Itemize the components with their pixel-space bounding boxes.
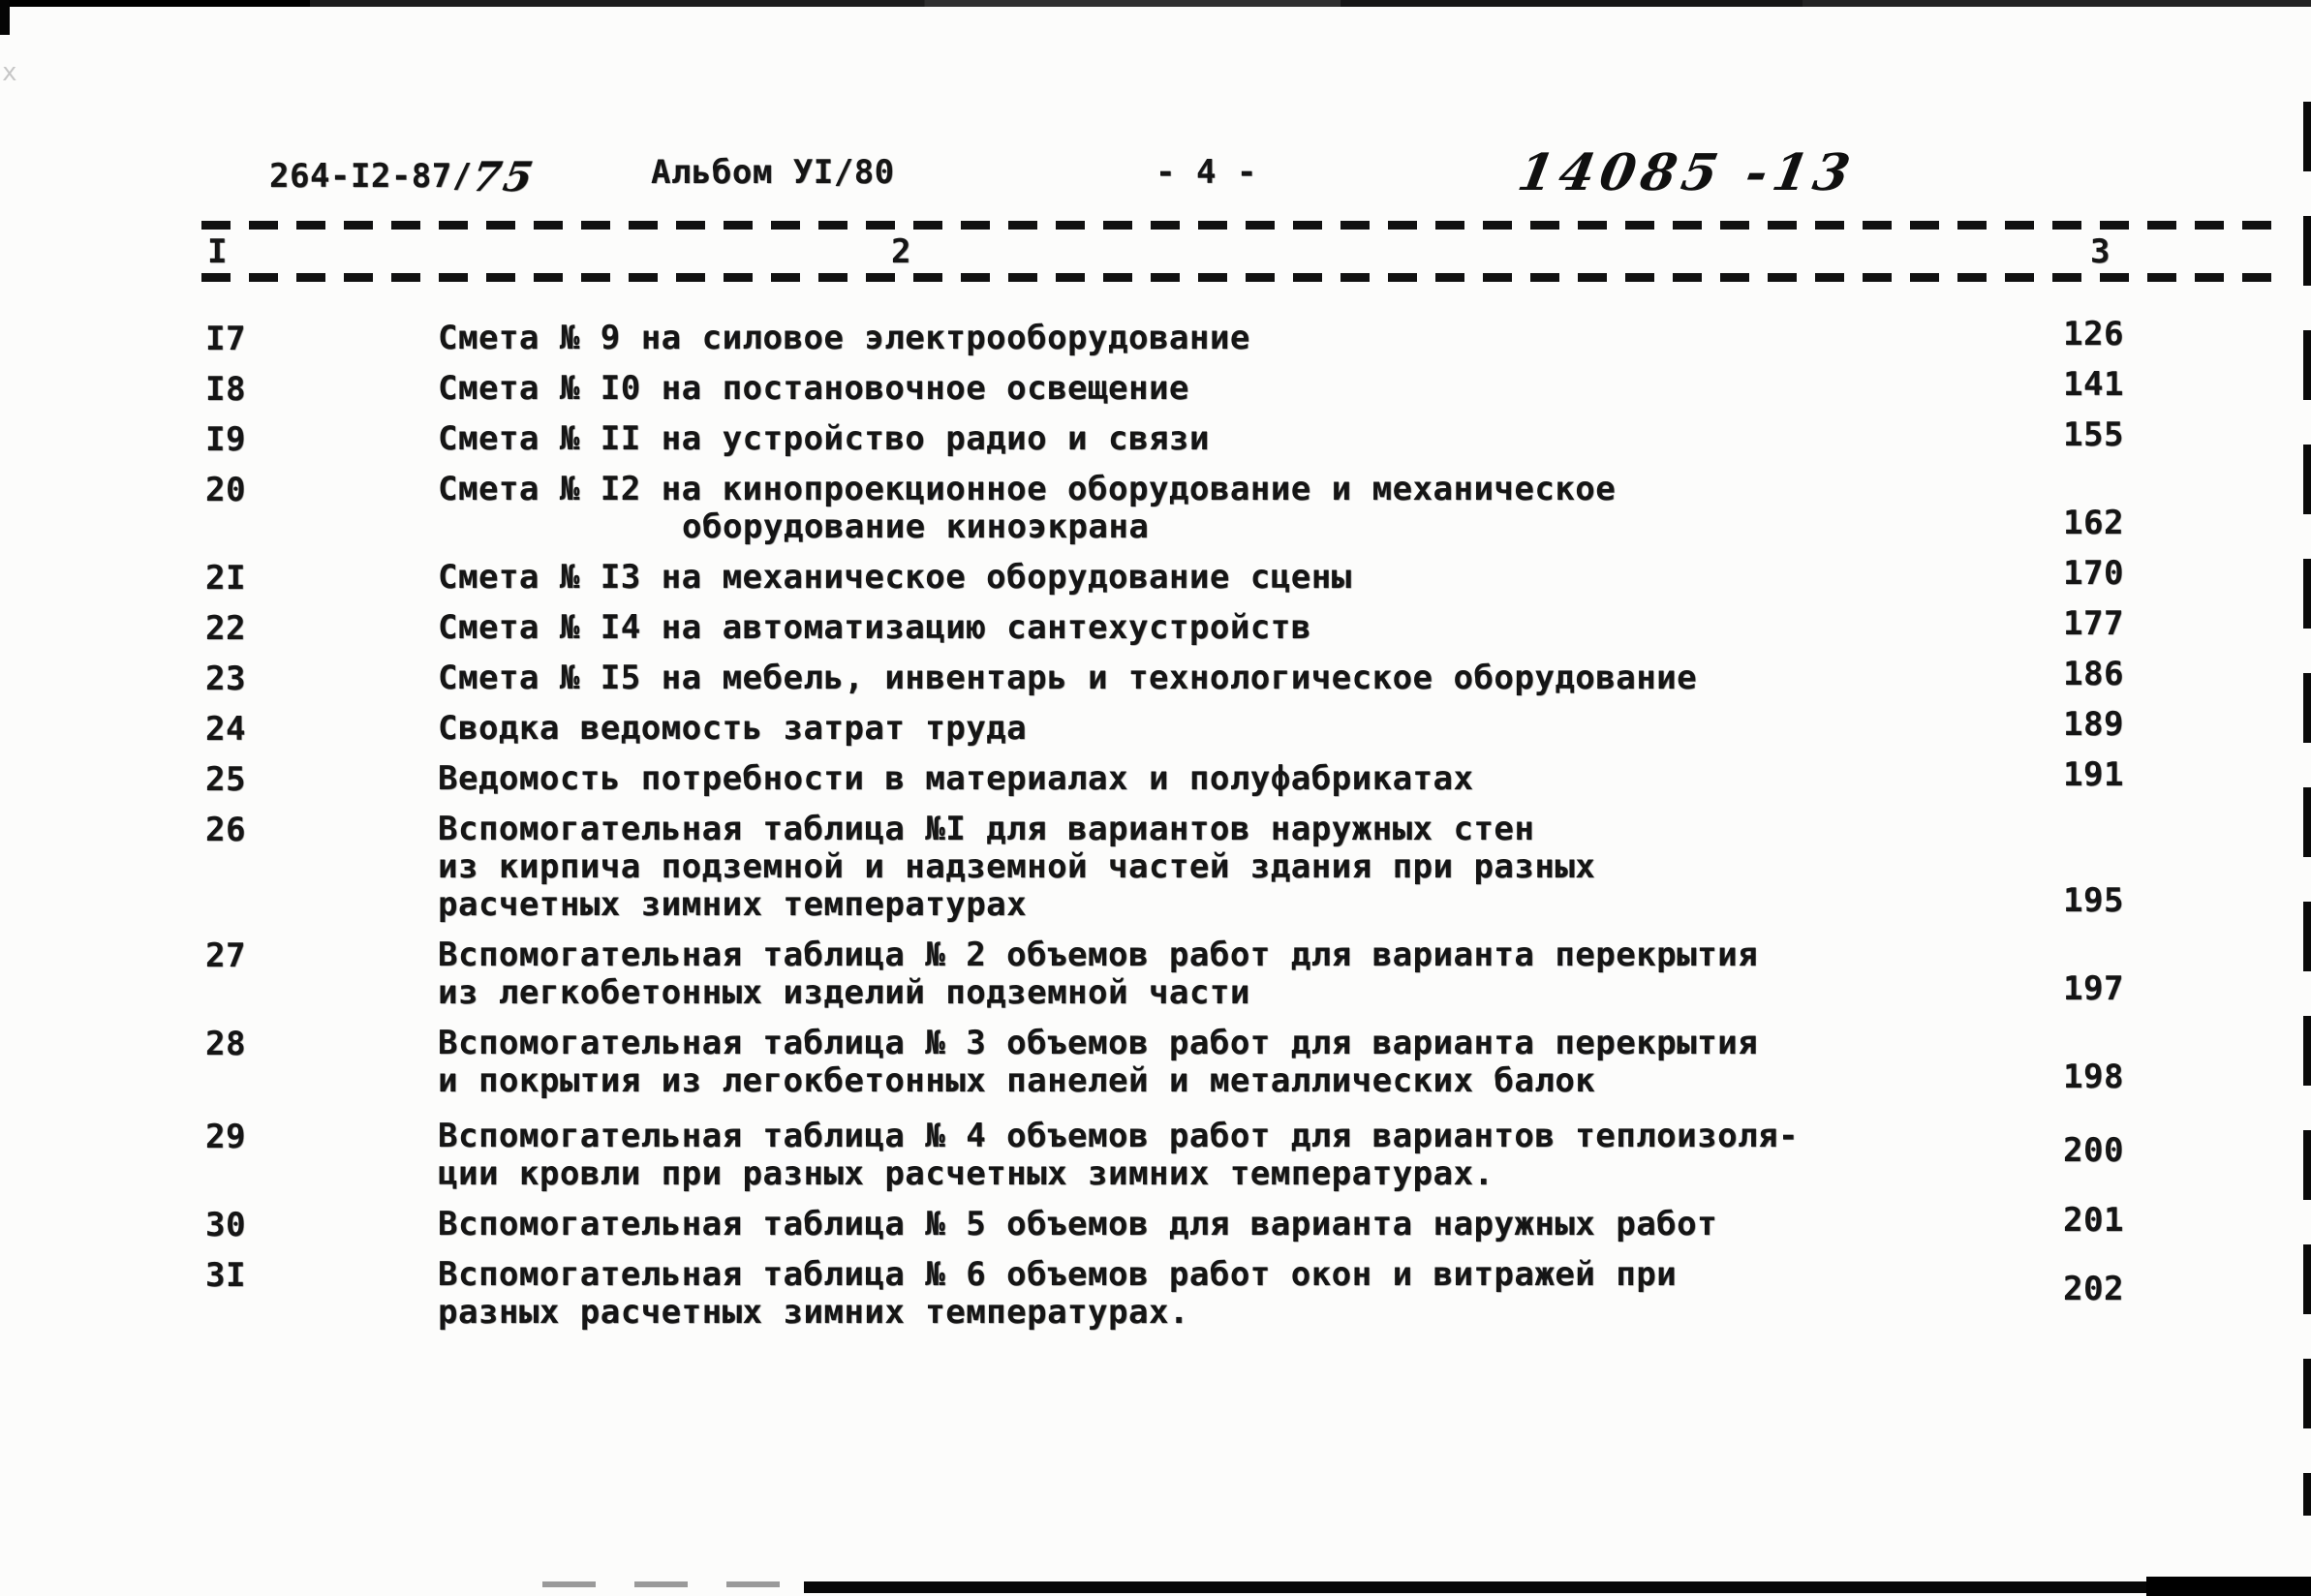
toc-row-page: 162 (2063, 504, 2124, 542)
scan-smudge-mark: x (2, 58, 17, 87)
toc-entry-line: Вспомогательная таблица №I для вариантов… (438, 811, 2311, 848)
toc-row-number: 24 (205, 710, 246, 749)
toc-entry-line: Вспомогательная таблица № 3 объемов рабо… (438, 1025, 2311, 1062)
toc-row-number: 30 (205, 1206, 246, 1244)
toc-entry-line: Ведомость потребности в материалах и пол… (438, 760, 2311, 798)
scanned-document-page: x 264-I2-87/75 Альбом УІ/80 - 4 - 14085 … (0, 0, 2311, 1596)
toc-row: I8 Смета № I0 на постановочное освещение… (0, 370, 2311, 408)
toc-row-title: Смета № I5 на мебель, инвентарь и технол… (438, 660, 2311, 697)
toc-entry-line: Сводка ведомость затрат труда (438, 710, 2311, 748)
toc-row-page: 141 (2063, 365, 2124, 404)
toc-row: 23 Смета № I5 на мебель, инвентарь и тех… (0, 660, 2311, 697)
toc-entry-line: Вспомогательная таблица № 2 объемов рабо… (438, 936, 2311, 974)
toc-entry-line: расчетных зимних температурах (438, 886, 2311, 924)
toc-row-page: 195 (2063, 881, 2124, 920)
toc-row-number: 28 (205, 1025, 246, 1063)
toc-row: 28 Вспомогательная таблица № 3 объемов р… (0, 1025, 2311, 1100)
toc-row-page: 177 (2063, 604, 2124, 643)
toc-row-page: 155 (2063, 415, 2124, 454)
toc-entry-line: из кирпича подземной и надземной частей … (438, 848, 2311, 886)
toc-entry-line: оборудование киноэкрана (438, 508, 2311, 546)
column-header-1: І (207, 232, 228, 271)
toc-entry-line: из легкобетонных изделий подземной части (438, 974, 2311, 1012)
toc-row-number: 23 (205, 660, 246, 698)
toc-row-number: 22 (205, 609, 246, 648)
toc-row: I7 Смета № 9 на силовое электрооборудова… (0, 320, 2311, 357)
toc-row-page: 198 (2063, 1058, 2124, 1096)
toc-row-page: 202 (2063, 1270, 2124, 1308)
toc-row: 27 Вспомогательная таблица № 2 объемов р… (0, 936, 2311, 1012)
toc-row-title: Смета № I2 на кинопроекционное оборудова… (438, 471, 2311, 546)
toc-row: 22 Смета № I4 на автоматизацию сантехуст… (0, 609, 2311, 647)
toc-row-title: Вспомогательная таблица № 2 объемов рабо… (438, 936, 2311, 1012)
toc-entry-line: Смета № I5 на мебель, инвентарь и технол… (438, 660, 2311, 697)
toc-row: 30 Вспомогательная таблица № 5 объемов д… (0, 1206, 2311, 1243)
toc-entry-line: Смета № I3 на механическое оборудование … (438, 559, 2311, 597)
scan-edge-bottom-right (2146, 1577, 2311, 1596)
toc-row-title: Смета № 9 на силовое электрооборудование (438, 320, 2311, 357)
toc-row-title: Смета № II на устройство радио и связи (438, 420, 2311, 458)
toc-row-title: Вспомогательная таблица №I для вариантов… (438, 811, 2311, 924)
toc-entry-line: Смета № II на устройство радио и связи (438, 420, 2311, 458)
toc-row: 25 Ведомость потребности в материалах и … (0, 760, 2311, 798)
toc-entry-line: ции кровли при разных расчетных зимних т… (438, 1155, 2311, 1193)
toc-row-number: I8 (205, 370, 246, 409)
toc-row-number: I7 (205, 320, 246, 358)
toc-row-page: 191 (2063, 755, 2124, 794)
toc-entry-line: Смета № I0 на постановочное освещение (438, 370, 2311, 408)
toc-entry-line: Смета № 9 на силовое электрооборудование (438, 320, 2311, 357)
toc-row-page: 197 (2063, 969, 2124, 1008)
toc-row-number: I9 (205, 420, 246, 459)
toc-row-page: 126 (2063, 315, 2124, 353)
toc-row: 26 Вспомогательная таблица №I для вариан… (0, 811, 2311, 924)
toc-row: 20 Смета № I2 на кинопроекционное оборуд… (0, 471, 2311, 546)
toc-row-number: 29 (205, 1118, 246, 1156)
toc-list: I7 Смета № 9 на силовое электрооборудова… (0, 320, 2311, 1344)
toc-entry-line: Вспомогательная таблица № 6 объемов рабо… (438, 1256, 2311, 1294)
toc-row-number: 25 (205, 760, 246, 799)
toc-row-title: Сводка ведомость затрат труда (438, 710, 2311, 748)
scan-edge-top (0, 0, 2311, 7)
toc-row: 29 Вспомогательная таблица № 4 объемов р… (0, 1118, 2311, 1193)
scan-smudge-bottom (542, 1581, 823, 1587)
toc-row-number: 20 (205, 471, 246, 509)
toc-row-title: Вспомогательная таблица № 3 объемов рабо… (438, 1025, 2311, 1100)
toc-row-number: 3I (205, 1256, 246, 1295)
toc-row-page: 170 (2063, 554, 2124, 593)
page-number-marker: - 4 - (1155, 153, 1257, 192)
handwritten-code: 14085 -13 (1514, 143, 1861, 202)
document-number-handwritten: 75 (468, 153, 539, 200)
toc-entry-line: и покрытия из легокбетонных панелей и ме… (438, 1062, 2311, 1100)
toc-row-number: 2I (205, 559, 246, 598)
toc-row-title: Вспомогательная таблица № 5 объемов для … (438, 1206, 2311, 1243)
column-header-3: 3 (2090, 232, 2111, 271)
toc-row-page: 200 (2063, 1131, 2124, 1170)
toc-row: 2I Смета № I3 на механическое оборудован… (0, 559, 2311, 597)
toc-entry-line: Смета № I2 на кинопроекционное оборудова… (438, 471, 2311, 508)
toc-row: 24 Сводка ведомость затрат труда 189 (0, 710, 2311, 748)
column-header-2: 2 (891, 232, 911, 271)
toc-entry-line: Смета № I4 на автоматизацию сантехустрой… (438, 609, 2311, 647)
toc-row-title: Вспомогательная таблица № 6 объемов рабо… (438, 1256, 2311, 1332)
toc-row: I9 Смета № II на устройство радио и связ… (0, 420, 2311, 458)
toc-row-page: 186 (2063, 655, 2124, 693)
toc-row-title: Ведомость потребности в материалах и пол… (438, 760, 2311, 798)
album-title: Альбом УІ/80 (651, 153, 895, 192)
document-number-typed: 264-I2-87/ (269, 157, 473, 196)
dashed-rule-top (201, 221, 2280, 230)
toc-row-title: Вспомогательная таблица № 4 объемов рабо… (438, 1118, 2311, 1193)
toc-row-title: Смета № I3 на механическое оборудование … (438, 559, 2311, 597)
toc-row-number: 26 (205, 811, 246, 849)
document-number: 264-I2-87/75 (269, 153, 535, 200)
scan-corner-top-left (0, 0, 10, 35)
scan-edge-bottom (804, 1581, 2311, 1593)
toc-row: 3I Вспомогательная таблица № 6 объемов р… (0, 1256, 2311, 1332)
toc-row-page: 189 (2063, 705, 2124, 744)
dashed-rule-bottom (201, 273, 2280, 282)
toc-entry-line: разных расчетных зимних температурах. (438, 1294, 2311, 1332)
toc-row-title: Смета № I0 на постановочное освещение (438, 370, 2311, 408)
toc-entry-line: Вспомогательная таблица № 4 объемов рабо… (438, 1118, 2311, 1155)
toc-row-page: 201 (2063, 1201, 2124, 1240)
toc-row-number: 27 (205, 936, 246, 975)
toc-entry-line: Вспомогательная таблица № 5 объемов для … (438, 1206, 2311, 1243)
toc-row-title: Смета № I4 на автоматизацию сантехустрой… (438, 609, 2311, 647)
